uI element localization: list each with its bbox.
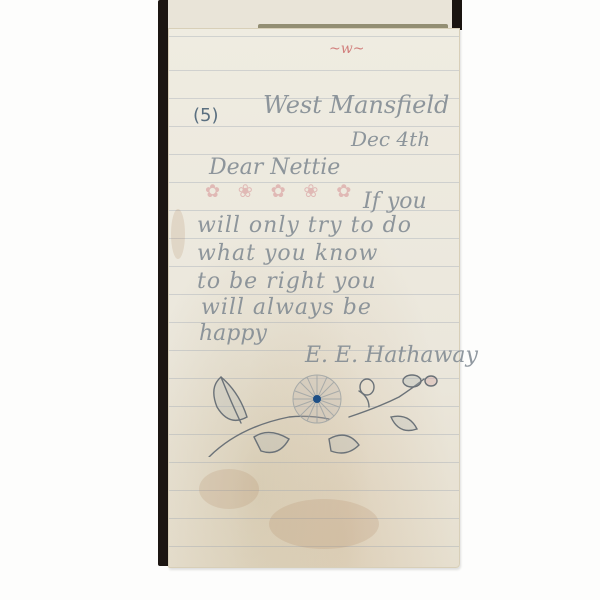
verse-line: If you: [363, 189, 427, 214]
book-cover-edge: [452, 0, 462, 30]
stain: [171, 209, 185, 259]
verse-line: will only try to do: [197, 213, 412, 238]
stain: [199, 469, 259, 509]
red-pencil-scribble: ~w~: [329, 41, 364, 57]
verse-line: will always be: [201, 295, 372, 320]
autograph-page: ~w~ (5) West Mansfield Dec 4th Dear Nett…: [168, 28, 460, 568]
verse-line: what you know: [197, 241, 378, 266]
pink-pencil-marks: ✿ ❀ ✿ ❀ ✿: [205, 181, 357, 202]
page-number: (5): [193, 105, 219, 126]
greeting: Dear Nettie: [209, 155, 340, 180]
stain: [269, 499, 379, 549]
flower-drawing-icon: [199, 347, 449, 457]
place-name: West Mansfield: [263, 91, 449, 119]
verse-line: happy: [199, 321, 267, 346]
date: Dec 4th: [351, 127, 430, 151]
verse-line: to be right you: [197, 269, 377, 294]
